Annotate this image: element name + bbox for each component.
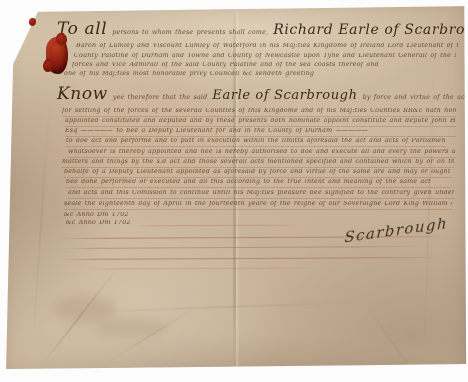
- wax-seal: [46, 37, 68, 74]
- body-script-line: whatsoever is thereby appointed and hee …: [68, 149, 456, 157]
- body-script-line: to doe act and performe and to putt in e…: [66, 138, 446, 146]
- opening-salutation-script: persons to whom these presents shall com…: [112, 30, 268, 36]
- body-script-line: behalfe of a Deputy Lieutenant appointed…: [64, 169, 452, 177]
- opening-script-line: Baron of Lumley and Viscount Lumley of W…: [76, 43, 458, 51]
- body-know-tail: by force and virtue of the act and power…: [363, 95, 468, 101]
- body-script-line: seale the eighteenth day of Aprill in th…: [64, 201, 452, 209]
- body-script-line: for settling of the forces of the severa…: [62, 108, 456, 116]
- photo-background: To all persons to whom these presents sh…: [0, 0, 468, 382]
- grantor-name: Richard Earle of Scarbrough: [273, 22, 468, 38]
- date-line: &c Anno Dm 1702: [66, 220, 146, 228]
- body-script-line: &c Anno Dm 1702: [64, 212, 444, 220]
- body-opening-line: Know yee therefore that the said Earle o…: [57, 84, 459, 104]
- body-script-line: appointed constituted and deputed and by…: [65, 118, 456, 126]
- body-know-script: yee therefore that the said: [113, 95, 208, 101]
- ink-bleed-smudge-2: [95, 318, 167, 338]
- body-grantor-name: Earle of Scarbrough: [212, 88, 357, 103]
- parchment-document: To all persons to whom these presents sh…: [0, 0, 468, 382]
- opening-script-line: County Palatine of Durham and Towne and …: [74, 53, 456, 61]
- body-script-line: Esq ————— to bee a Deputy Lieutenant for…: [65, 128, 456, 136]
- body-script-line: bee done performed or executed and all t…: [66, 179, 450, 187]
- ink-bleed-smudge-1: [55, 296, 115, 322]
- body-script-line: matters and things by the s.d act and th…: [62, 159, 454, 167]
- opening-script-line: forces and Vice Admirall of the said Cou…: [72, 62, 402, 70]
- opening-line: To all persons to whom these presents sh…: [57, 19, 459, 39]
- opening-script-line: one of his Maj:ties most honorable privy…: [64, 71, 339, 79]
- body-script-line: and acts and this Comission to continue …: [68, 190, 454, 198]
- body-know-word: Know: [57, 84, 108, 104]
